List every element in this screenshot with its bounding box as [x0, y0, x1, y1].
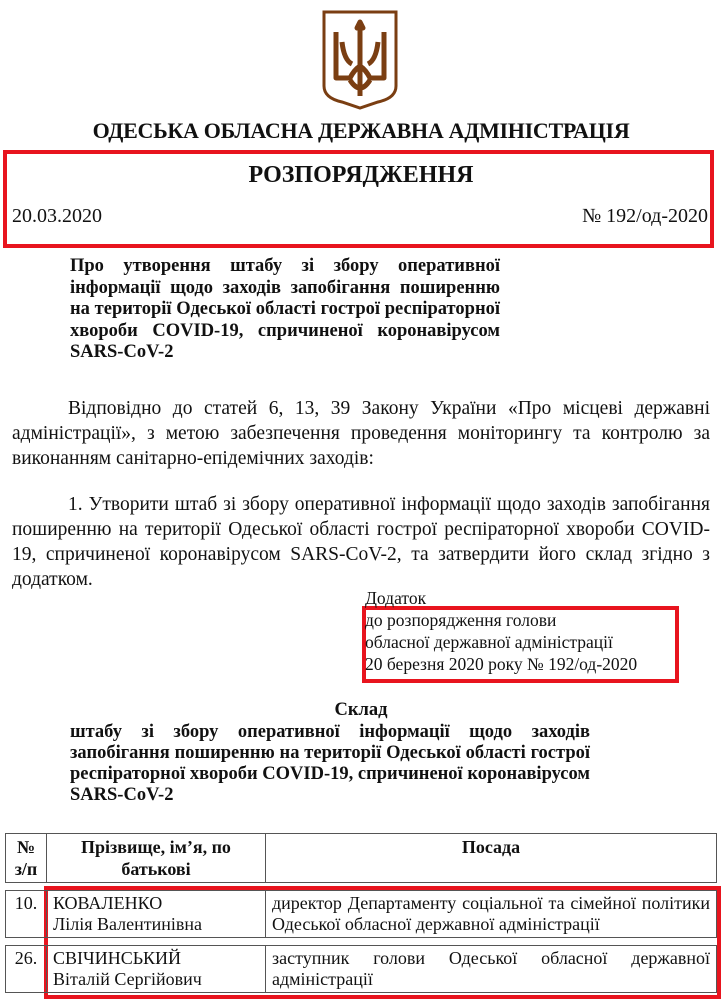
document-date: 20.03.2020	[12, 205, 102, 228]
clause-1-text: 1. Утворити штаб зі збору оперативної ін…	[12, 492, 710, 592]
composition-heading: Склад	[0, 700, 722, 721]
header-num: № з/п	[5, 833, 47, 883]
row-given-names: Лілія Валентинівна	[53, 914, 259, 935]
preamble: Відповідно до статей 6, 13, 39 Закону Ук…	[12, 396, 710, 471]
row-given-names: Віталій Сергійович	[53, 969, 259, 990]
row-num: 10.	[5, 890, 47, 938]
appendix-line-3: 20 березня 2020 року № 192/од-2020	[365, 653, 637, 675]
appendix-label: Додаток	[365, 587, 637, 609]
row-name: СВІЧИНСЬКИЙ Віталій Сергійович	[47, 945, 266, 993]
document-number: № 192/од-2020	[582, 205, 708, 228]
row-surname: СВІЧИНСЬКИЙ	[53, 948, 259, 969]
row-position: заступник голови Одеської обласної держа…	[266, 945, 717, 993]
organization-name: ОДЕСЬКА ОБЛАСНА ДЕРЖАВНА АДМІНІСТРАЦІЯ	[0, 118, 722, 144]
clause-1: 1. Утворити штаб зі збору оперативної ін…	[12, 492, 710, 592]
staff-table: № з/п Прізвище, ім’я, по батькові Посада…	[5, 826, 717, 1000]
table-row: 26. СВІЧИНСЬКИЙ Віталій Сергійович засту…	[5, 945, 717, 993]
ukraine-trident-emblem-icon	[320, 8, 400, 112]
composition-subtitle: штабу зі збору оперативної інформації що…	[70, 722, 590, 806]
row-surname: КОВАЛЕНКО	[53, 893, 259, 914]
table-header-row: № з/п Прізвище, ім’я, по батькові Посада	[5, 833, 717, 883]
document-type: РОЗПОРЯДЖЕННЯ	[0, 162, 722, 189]
row-name: КОВАЛЕНКО Лілія Валентинівна	[47, 890, 266, 938]
document-title: Про утворення штабу зі збору оперативної…	[70, 256, 500, 364]
table-row: 10. КОВАЛЕНКО Лілія Валентинівна директо…	[5, 890, 717, 938]
appendix-block: Додаток до розпорядження голови обласної…	[365, 587, 637, 675]
header-name: Прізвище, ім’я, по батькові	[47, 833, 266, 883]
row-num: 26.	[5, 945, 47, 993]
appendix-line-1: до розпорядження голови	[365, 609, 637, 631]
appendix-line-2: обласної державної адміністрації	[365, 631, 637, 653]
row-position: директор Департаменту соціальної та сіме…	[266, 890, 717, 938]
preamble-text: Відповідно до статей 6, 13, 39 Закону Ук…	[12, 396, 710, 471]
header-position: Посада	[266, 833, 717, 883]
